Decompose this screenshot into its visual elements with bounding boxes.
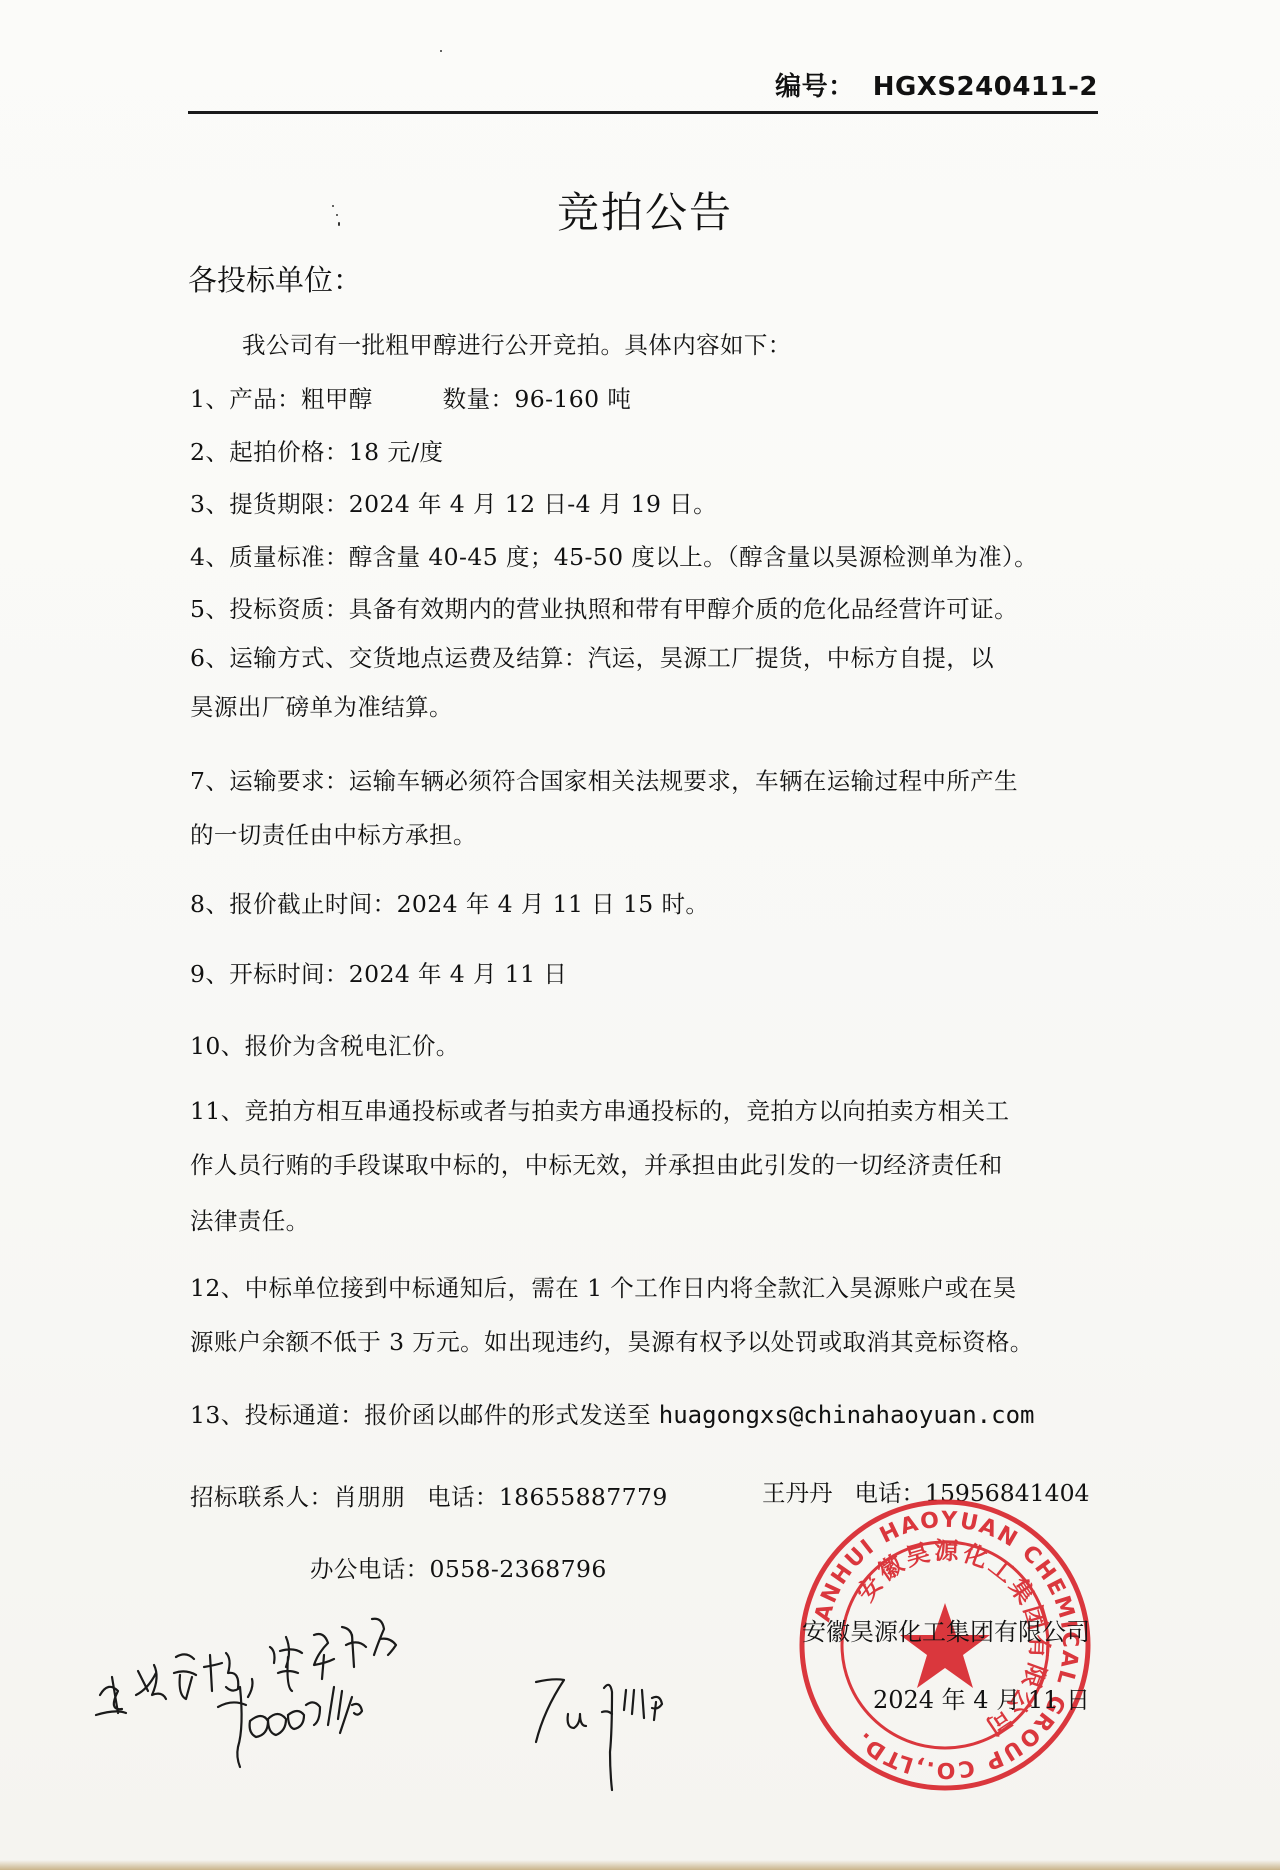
office-phone-value: 0558-2368796	[430, 1555, 607, 1583]
document-number-label: 编号：	[775, 66, 855, 103]
item-number: 7、	[190, 767, 229, 795]
item-number: 11、	[190, 1097, 245, 1125]
item-label: 报价截止时间：	[229, 890, 396, 918]
issuer-company: 安徽昊源化工集团有限公司	[802, 1612, 1090, 1647]
item-label: 投标资质：	[229, 595, 349, 623]
issue-date: 2024 年 4 月 11 日	[873, 1680, 1090, 1715]
document-page: 编号： HGXS240411-2 竞拍公告 各投标单位： 我公司有一批粗甲醇进行…	[0, 0, 1280, 1870]
item-number: 12、	[190, 1274, 245, 1302]
contact-person-1: 招标联系人：肖朋朋电话：18655887779	[190, 1478, 668, 1512]
item-1: 1、产品：粗甲醇数量：96-160 吨	[190, 380, 631, 414]
contact-name: 肖朋朋	[333, 1483, 405, 1511]
item-12-continuation: 源账户余额不低于 3 万元。如出现违约，昊源有权予以处罚或取消其竞标资格。	[190, 1323, 1034, 1357]
item-11-continuation: 作人员行贿的手段谋取中标的，中标无效，并承担由此引发的一切经济责任和	[190, 1146, 1003, 1180]
item-text: 2024 年 4 月 11 日	[349, 960, 568, 988]
item-text: 2024 年 4 月 11 日 15 时。	[397, 890, 710, 918]
item-4: 4、质量标准：醇含量 40-45 度；45-50 度以上。（醇含量以昊源检测单为…	[190, 538, 1038, 572]
item-text: 报价为含税电汇价。	[245, 1032, 460, 1060]
item-number: 8、	[190, 890, 229, 918]
item-number: 2、	[190, 438, 229, 466]
scan-speck	[336, 214, 338, 216]
header-divider	[188, 111, 1098, 114]
item-3: 3、提货期限：2024 年 4 月 12 日-4 月 19 日。	[190, 485, 717, 519]
item-number: 5、	[190, 595, 229, 623]
item-10: 10、报价为含税电汇价。	[190, 1027, 460, 1061]
office-phone: 办公电话：0558-2368796	[310, 1550, 607, 1584]
bid-email-link[interactable]: huagongxs@chinahaoyuan.com	[659, 1401, 1035, 1429]
item-text: 中标单位接到中标通知后，需在 1 个工作日内将全款汇入昊源账户或在昊	[245, 1274, 1017, 1302]
item-label: 产品：	[229, 385, 301, 413]
item-5: 5、投标资质：具备有效期内的营业执照和带有甲醇介质的危化品经营许可证。	[190, 590, 1018, 624]
handwritten-approval-note-icon	[90, 1595, 450, 1810]
paper-bottom-edge	[0, 1860, 1280, 1870]
item-6: 6、运输方式、交货地点运费及结算：汽运，昊源工厂提货，中标方自提，以	[190, 639, 994, 673]
item-12: 12、中标单位接到中标通知后，需在 1 个工作日内将全款汇入昊源账户或在昊	[190, 1269, 1017, 1303]
item-number: 3、	[190, 490, 229, 518]
item-text: 18 元/度	[349, 438, 444, 466]
contact-phone: 18655887779	[499, 1483, 668, 1511]
handwritten-signature-icon	[530, 1660, 710, 1795]
item-text: 粗甲醇	[301, 385, 373, 413]
quantity-value: 96-160 吨	[514, 385, 631, 413]
salutation: 各投标单位：	[188, 258, 362, 299]
scan-speck	[338, 222, 340, 226]
phone-label: 电话：	[427, 1483, 499, 1511]
item-text: 2024 年 4 月 12 日-4 月 19 日。	[349, 490, 717, 518]
item-number: 13、	[190, 1401, 245, 1429]
item-text: 具备有效期内的营业执照和带有甲醇介质的危化品经营许可证。	[349, 595, 1018, 623]
item-number: 9、	[190, 960, 229, 988]
intro-paragraph: 我公司有一批粗甲醇进行公开竞拍。具体内容如下：	[242, 326, 792, 360]
item-11: 11、竞拍方相互串通投标或者与拍卖方串通投标的，竞拍方以向拍卖方相关工	[190, 1092, 1009, 1126]
item-number: 1、	[190, 385, 229, 413]
item-8: 8、报价截止时间：2024 年 4 月 11 日 15 时。	[190, 885, 709, 919]
item-label: 运输要求：	[229, 767, 349, 795]
item-7-continuation: 的一切责任由中标方承担。	[190, 816, 477, 850]
item-label: 运输方式、交货地点运费及结算：	[229, 644, 588, 672]
item-number: 6、	[190, 644, 229, 672]
item-text: 汽运，昊源工厂提货，中标方自提，以	[588, 644, 994, 672]
scan-speck	[440, 50, 442, 52]
item-9: 9、开标时间：2024 年 4 月 11 日	[190, 955, 567, 989]
item-11-continuation-2: 法律责任。	[190, 1202, 310, 1236]
contacts-label: 招标联系人：	[190, 1483, 333, 1511]
document-number-value: HGXS240411-2	[873, 72, 1098, 102]
document-number: 编号： HGXS240411-2	[775, 66, 1098, 103]
item-7: 7、运输要求：运输车辆必须符合国家相关法规要求，车辆在运输过程中所产生	[190, 762, 1018, 796]
quantity-label: 数量：	[443, 385, 515, 413]
scan-speck	[332, 205, 334, 207]
item-text: 醇含量 40-45 度；45-50 度以上。（醇含量以昊源检测单为准）。	[349, 543, 1038, 571]
item-number: 10、	[190, 1032, 245, 1060]
item-text: 运输车辆必须符合国家相关法规要求，车辆在运输过程中所产生	[349, 767, 1018, 795]
item-6-continuation: 昊源出厂磅单为准结算。	[190, 688, 453, 722]
item-text: 报价函以邮件的形式发送至	[364, 1401, 659, 1429]
item-2: 2、起拍价格：18 元/度	[190, 433, 443, 467]
item-label: 起拍价格：	[229, 438, 349, 466]
item-label: 质量标准：	[229, 543, 349, 571]
document-title: 竞拍公告	[0, 180, 1280, 240]
item-number: 4、	[190, 543, 229, 571]
item-text: 竞拍方相互串通投标或者与拍卖方串通投标的，竞拍方以向拍卖方相关工	[245, 1097, 1010, 1125]
item-label: 提货期限：	[229, 490, 349, 518]
office-phone-label: 办公电话：	[310, 1555, 430, 1583]
item-label: 投标通道：	[245, 1401, 365, 1429]
item-13: 13、投标通道：报价函以邮件的形式发送至 huagongxs@chinahaoy…	[190, 1396, 1034, 1430]
item-label: 开标时间：	[229, 960, 349, 988]
